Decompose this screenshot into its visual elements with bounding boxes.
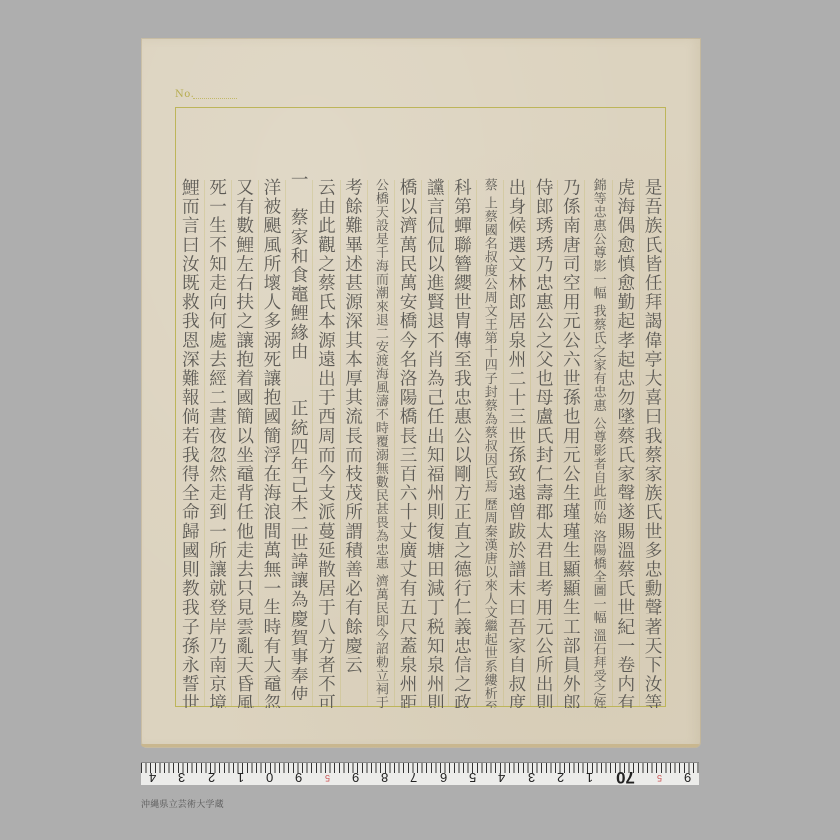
text-column: 乃係南唐司空用元公六世孫也用元公生瑾瑾生顯顯生工部員外郎恭恭生刑部	[557, 178, 584, 708]
ruler-label: 8	[381, 770, 388, 785]
text-column: 侍郎琇琇乃忠惠公之父也母盧氏封仁壽郡太君且考用元公所出則有賜進士	[530, 178, 557, 708]
ruler-label: 5	[469, 770, 476, 785]
ruler-label: 2	[557, 770, 564, 785]
ruler-label: 4	[149, 770, 156, 785]
text-column: 考餘難畢述甚源深其本厚其流長而枝茂所謂積善必有餘慶云	[339, 178, 366, 708]
ruler-label: 6	[440, 770, 447, 785]
text-column: 云由此觀之蔡氏本源遠出于西周而今支派蔓延散居于八方者不可勝數	[312, 178, 339, 708]
text-column: 錦等忠惠公尊影一幅 我蔡氏之家有忠惠 公尊影者自此而始 洛陽橋全圖一幅 溫石拜受…	[584, 178, 611, 708]
ruler-label: 3	[528, 770, 535, 785]
ruler-label: 2	[208, 770, 215, 785]
ruler-label: 9	[684, 770, 691, 785]
text-column: 蔡 上蔡國名叔度公周文王第十四子封蔡為蔡叔因氏焉 歷周秦漢唐以來人文繼起世系縷析…	[475, 178, 502, 708]
page-number-line	[193, 98, 237, 99]
page-number-label: No.	[175, 89, 194, 100]
page-edge	[141, 744, 699, 747]
manuscript-text: 是吾族氏皆任拜謁偉亭大喜曰我蔡家族氏世多忠勳聲著天下汝等達虎海偶愈慎愈勤起孝起忠…	[176, 178, 666, 708]
ruler-label: 9	[352, 770, 359, 785]
ruler-label: 1	[237, 770, 244, 785]
text-column: 又有數鯉左右扶之讓抱着國簡以坐黿背任他走去只見雲亂天昏風猛浪怒萬	[231, 178, 258, 708]
text-column: 出身候選文林郎居泉州二十三世孫致遠曾跋於譜末曰吾家自叔度公肇基上	[503, 178, 530, 708]
text-column: 鯉而言曰汝既救我恩深難報倘若我得全命歸國則教我子孫永誓世世弗食汝	[176, 178, 203, 708]
ruler-label: 3	[178, 770, 185, 785]
ruler-label: 0	[266, 770, 273, 785]
ruler-label: 9	[295, 770, 302, 785]
text-column: 一 蔡家和食竈鯉緣由 正統四年己未二世諱讓為慶賀事奉使赴中華船到中	[285, 170, 312, 700]
text-column: 死一生不知走向何處去經二晝夜忽然走到一所讓就登岸乃南京境内之地也讓揖黿	[203, 178, 230, 708]
text-column: 公橋天設是千海而潮來退二安渡海風濤不時覆溺無數民甚畏為忠惠 濟萬民即今詔勅立祠于…	[367, 178, 394, 708]
ruler-label: 5	[325, 770, 330, 785]
text-column: 虎海偶愈慎愈勤起孝起忠勿墜蔡氏家聲遂賜溫蔡氏世紀一卷内有留	[612, 178, 639, 708]
measuring-ruler: 43210959876543217059	[141, 762, 699, 785]
text-column: 讜言侃侃以進賢退不肖為己任出知福州則復塘田減丁税知泉州則建萬安	[421, 178, 448, 708]
text-column: 科第蟬聯簪纓世胄傳至我忠惠公以剛方正直之德行仁義忠信之政在朝則	[448, 178, 475, 708]
ruler-labels: 43210959876543217059	[141, 770, 699, 785]
ruler-label: 70	[616, 770, 635, 785]
ruler-label: 7	[410, 770, 417, 785]
ruler-label: 1	[586, 770, 593, 785]
text-column: 洋被颶風所壞人多溺死讓抱國簡浮在海浪間萬無一生時有大黿忽來負讓	[258, 178, 285, 708]
text-column: 橋以濟萬民萬安橋今名洛陽橋長三百六十丈廣丈有五尺蓋泉州距城二十里有萬	[394, 178, 421, 708]
ruler-label: 5	[657, 770, 662, 785]
text-column: 是吾族氏皆任拜謁偉亭大喜曰我蔡家族氏世多忠勳聲著天下汝等達	[639, 178, 666, 708]
collection-caption: 沖縄県立芸術大学蔵	[141, 797, 224, 810]
ruler-label: 4	[498, 770, 505, 785]
